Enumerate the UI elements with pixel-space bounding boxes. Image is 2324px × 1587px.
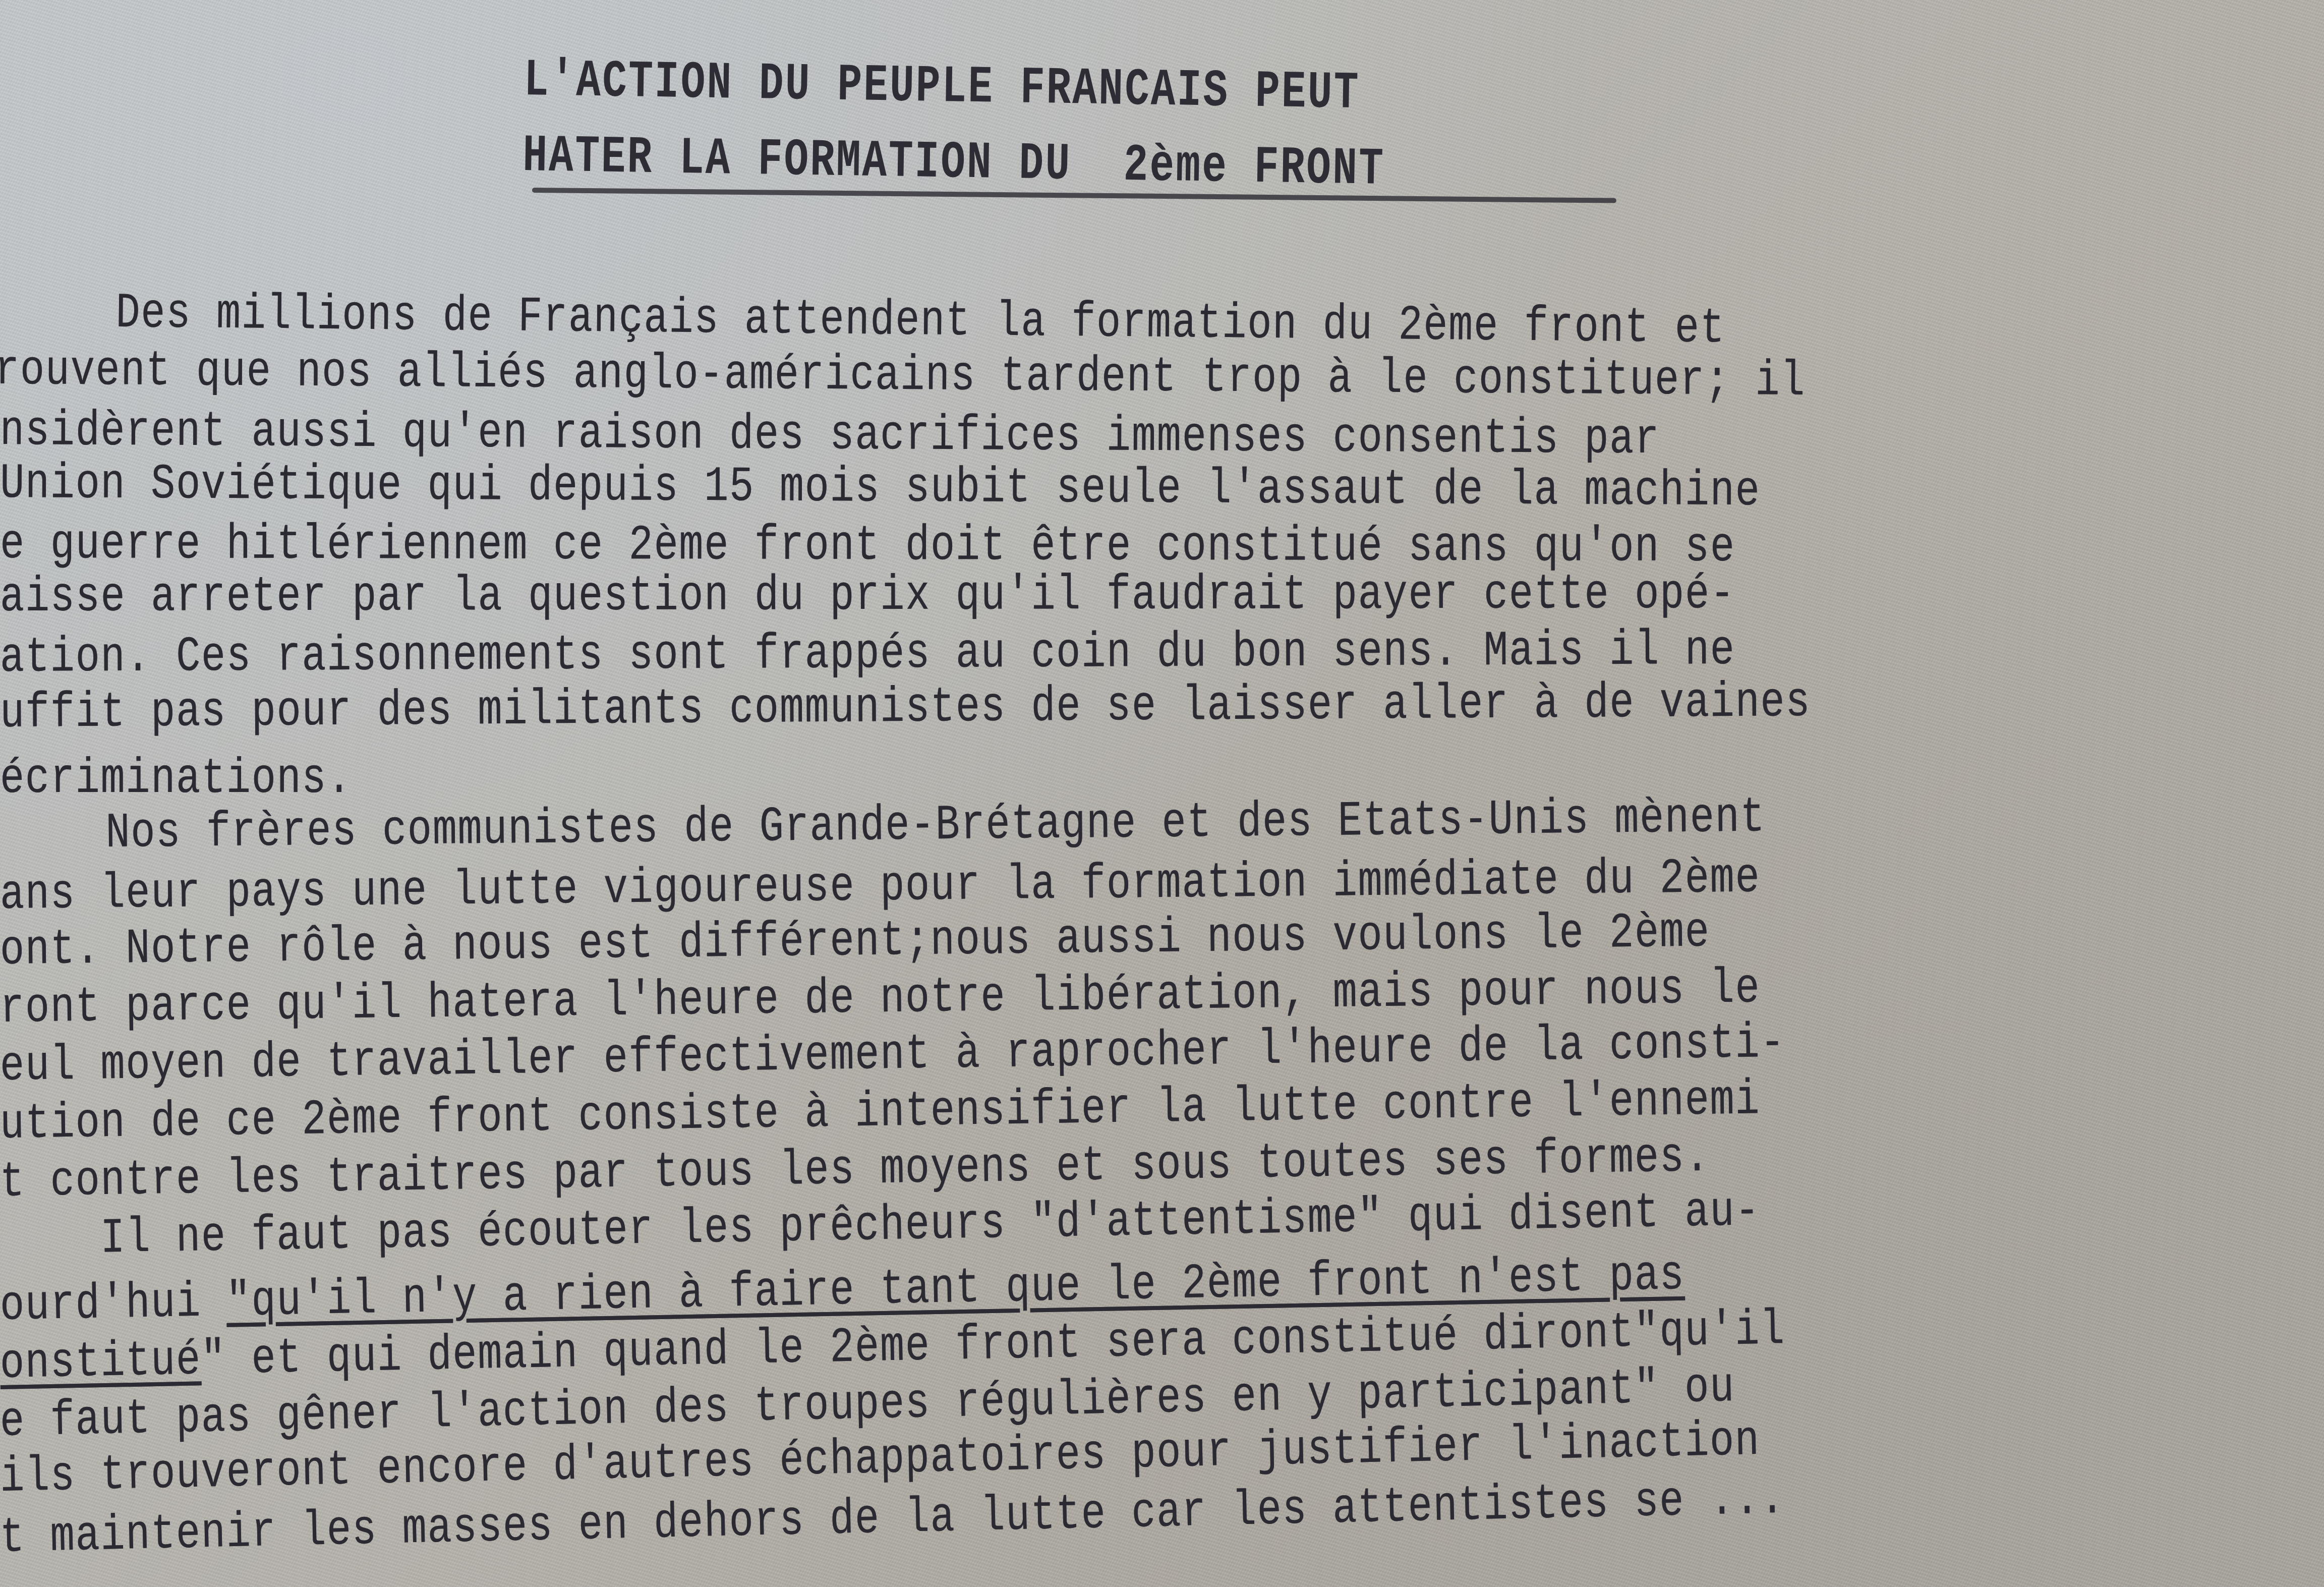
text-line: uffit pas pour des militants communistes…: [0, 675, 1811, 742]
text-line: écriminations.: [0, 752, 352, 807]
text-line: Union Soviétique qui depuis 15 mois subi…: [0, 457, 1761, 520]
text-line: aisse arreter par la question du prix qu…: [0, 567, 1735, 626]
text-line: rouvent que nos alliés anglo-américains …: [0, 343, 1806, 410]
typewritten-document: L'ACTION DU PEUPLE FRANCAIS PEUT HATER L…: [0, 0, 2324, 1587]
title-line-1: L'ACTION DU PEUPLE FRANCAIS PEUT: [524, 51, 1360, 124]
underlined-quote: onstitué: [0, 1332, 202, 1392]
document-title: L'ACTION DU PEUPLE FRANCAIS PEUT HATER L…: [522, 43, 1386, 208]
